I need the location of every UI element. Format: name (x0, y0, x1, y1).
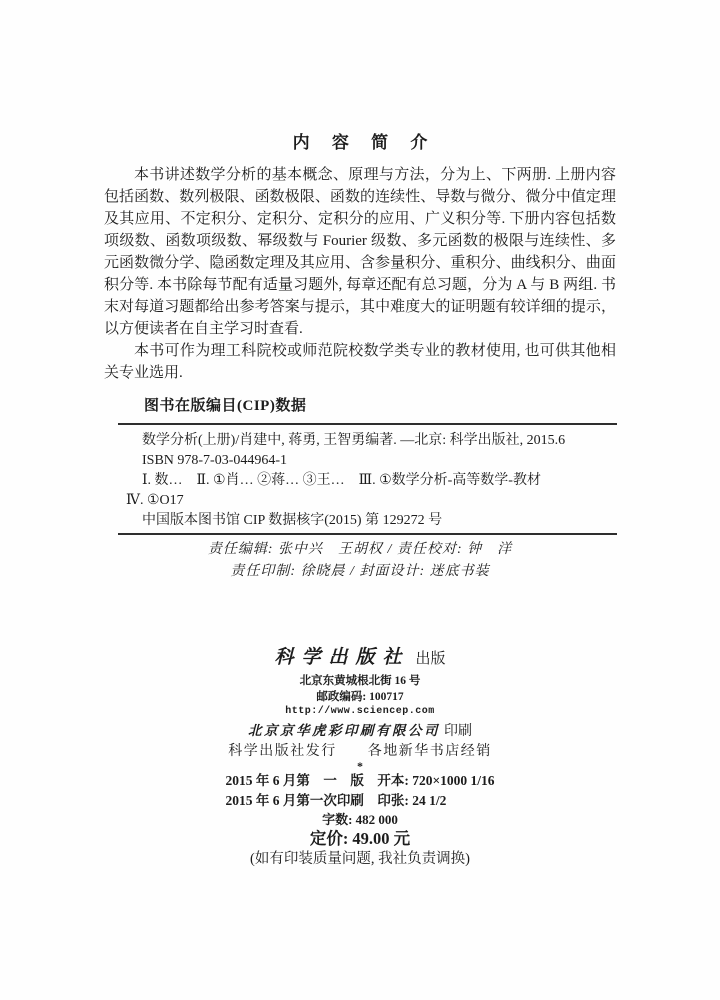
publisher-website: http://www.sciencep.com (0, 705, 720, 719)
cip-section: 图书在版编目(CIP)数据 数学分析(上册)/肖建中, 蒋勇, 王智勇编著. —… (118, 396, 617, 535)
credits-section: 责任编辑: 张中兴 王胡权 / 责任校对: 钟 洋 责任印制: 徐晓晨 / 封面… (0, 539, 720, 583)
publisher-role-label: 出版 (416, 651, 446, 667)
cip-isbn-line: ISBN 978-7-03-044964-1 (118, 451, 617, 471)
intro-paragraph-2: 本书可作为理工科院校或师范院校数学类专业的教材使用, 也可供其他相关专业选用. (104, 340, 616, 384)
cip-classification-line-2: Ⅳ. ①O17 (118, 491, 617, 511)
book-copyright-page: 内 容 简 介 本书讲述数学分析的基本概念、原理与方法，分为上、下两册. 上册内… (0, 0, 720, 1000)
publisher-postcode: 邮政编码: 100717 (0, 689, 720, 705)
colophon-section: 科学出版社 出版 北京东黄城根北街 16 号 邮政编码: 100717 http… (0, 646, 720, 870)
cip-record-number-line: 中国版本图书馆 CIP 数据核字(2015) 第 129272 号 (118, 511, 617, 531)
separator-star: * (0, 761, 720, 771)
word-count-line: 字数: 482 000 (0, 811, 720, 828)
cip-header: 图书在版编目(CIP)数据 (118, 396, 617, 416)
publisher-address: 北京东黄城根北街 16 号 (0, 673, 720, 689)
cip-rule-bottom (118, 533, 617, 535)
cip-classification-line: Ⅰ. 数… Ⅱ. ①肖… ②蒋… ③王… Ⅲ. ①数学分析-高等数学-教材 (118, 471, 617, 491)
printer-line: 北京京华虎彩印刷有限公司 印刷 (0, 721, 720, 742)
cip-lines: 数学分析(上册)/肖建中, 蒋勇, 王智勇编著. —北京: 科学出版社, 201… (118, 425, 617, 533)
intro-title: 内 容 简 介 (104, 130, 616, 156)
price-line: 定价: 49.00 元 (0, 828, 720, 849)
edition-line: 2015 年 6 月第 一 版 开本: 720×1000 1/16 (225, 771, 494, 791)
publisher-logo-text: 科学出版社 (274, 647, 409, 668)
credits-printing-design-line: 责任印制: 徐晓晨 / 封面设计: 迷底书装 (0, 561, 720, 583)
quality-note-line: (如有印装质量问题, 我社负责调换) (0, 849, 720, 870)
publisher-line: 科学出版社 出版 (0, 646, 720, 671)
printing-line: 2015 年 6 月第一次印刷 印张: 24 1/2 (225, 791, 494, 811)
printer-role-label: 印刷 (444, 724, 472, 739)
edition-block: 2015 年 6 月第 一 版 开本: 720×1000 1/16 2015 年… (225, 771, 494, 811)
content-intro-section: 内 容 简 介 本书讲述数学分析的基本概念、原理与方法，分为上、下两册. 上册内… (104, 130, 616, 384)
printer-name: 北京京华虎彩印刷有限公司 (248, 723, 440, 738)
intro-paragraph-1: 本书讲述数学分析的基本概念、原理与方法，分为上、下两册. 上册内容包括函数、数列… (104, 164, 616, 340)
cip-title-line: 数学分析(上册)/肖建中, 蒋勇, 王智勇编著. —北京: 科学出版社, 201… (118, 431, 617, 451)
credits-editors-line: 责任编辑: 张中兴 王胡权 / 责任校对: 钟 洋 (0, 539, 720, 561)
